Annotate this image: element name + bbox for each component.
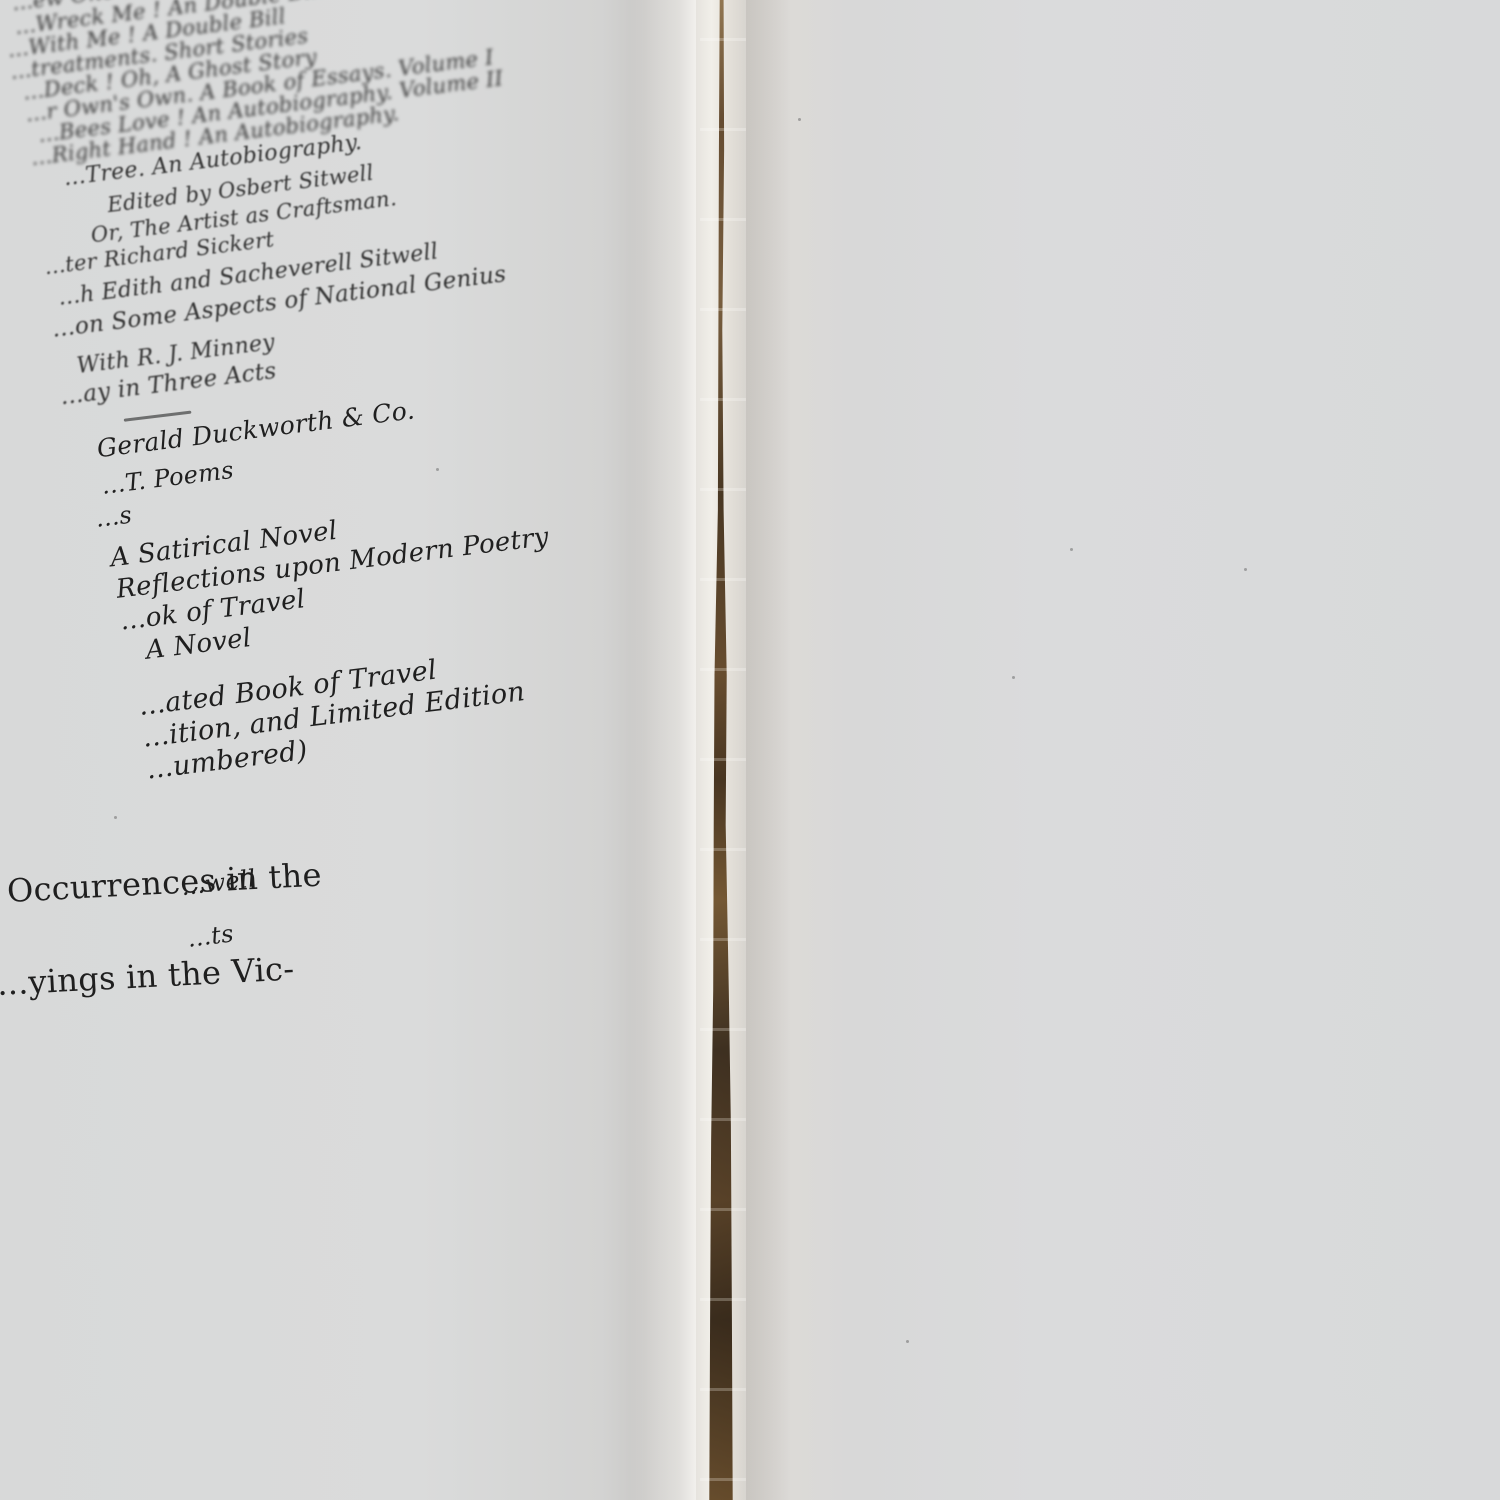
- right-page: [746, 0, 1500, 1500]
- paper-speck: [1244, 568, 1247, 571]
- paper-speck: [1070, 548, 1073, 551]
- paper-speck: [436, 468, 439, 471]
- spine-fibers: [700, 0, 746, 1500]
- paper-speck: [1012, 676, 1015, 679]
- section-divider: [124, 411, 192, 422]
- book-photo: ...ew One Thousand ... and an Opera ...W…: [0, 0, 1500, 1500]
- list-line: ...T. Poems: [100, 456, 235, 500]
- paper-speck: [114, 816, 117, 819]
- left-page: ...ew One Thousand ... and an Opera ...W…: [0, 0, 700, 1500]
- list-line: ...ts: [186, 919, 235, 952]
- paper-speck: [906, 1340, 909, 1343]
- publisher-heading: Gerald Duckworth & Co.: [95, 395, 416, 463]
- paper-speck: [798, 118, 801, 121]
- list-line: ...s: [94, 501, 134, 533]
- left-page-text: ...ew One Thousand ... and an Opera ...W…: [0, 0, 700, 1118]
